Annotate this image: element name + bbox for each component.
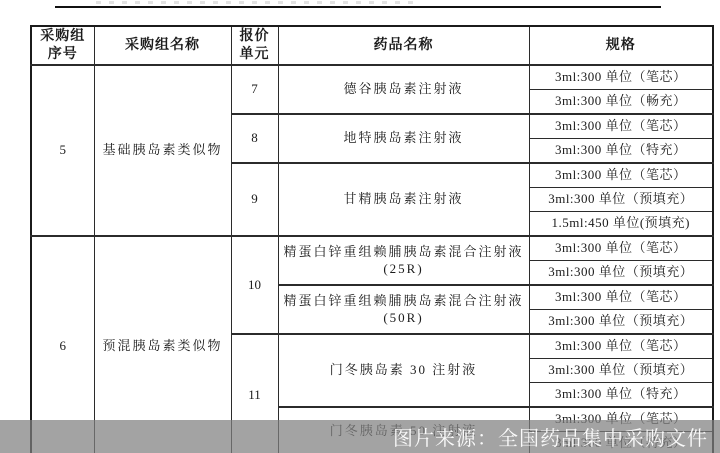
procurement-table: 采购组 序号 采购组名称 报价 单元 药品名称 规格 5 基础胰岛素类似物 7 … — [30, 25, 714, 453]
header-spec: 规格 — [529, 26, 713, 65]
image-source-watermark-bar: 图片来源：全国药品集中采购文件 — [0, 420, 720, 453]
spec-cell: 3ml:300 单位（预填充） — [529, 261, 713, 286]
drug-name-cell: 地特胰岛素注射液 — [278, 114, 529, 163]
spec-cell: 3ml:300 单位（笔芯） — [529, 65, 713, 90]
spec-cell: 3ml:300 单位（特充） — [529, 139, 713, 164]
spec-cell: 3ml:300 单位（笔芯） — [529, 285, 713, 310]
spec-cell: 3ml:300 单位（预填充） — [529, 359, 713, 383]
spec-cell: 3ml:300 单位（预填充） — [529, 310, 713, 335]
document-page: 采购组 序号 采购组名称 报价 单元 药品名称 规格 5 基础胰岛素类似物 7 … — [0, 0, 720, 453]
table-row: 5 基础胰岛素类似物 7 德谷胰岛素注射液 3ml:300 单位（笔芯） — [31, 65, 713, 90]
quote-unit-cell: 9 — [231, 163, 278, 236]
spec-cell: 3ml:300 单位（笔芯） — [529, 114, 713, 139]
table-row: 6 预混胰岛素类似物 10 精蛋白锌重组赖脯胰岛素混合注射液 (25R) 3ml… — [31, 236, 713, 261]
drug-name-cell: 德谷胰岛素注射液 — [278, 65, 529, 114]
quote-unit-cell: 7 — [231, 65, 278, 114]
drug-name-cell: 精蛋白锌重组赖脯胰岛素混合注射液 (25R) — [278, 236, 529, 285]
spec-cell: 3ml:300 单位（特充） — [529, 383, 713, 408]
quote-unit-cell: 8 — [231, 114, 278, 163]
group-no-cell: 5 — [31, 65, 94, 236]
spec-cell: 3ml:300 单位（畅充） — [529, 90, 713, 115]
header-group-no: 采购组 序号 — [31, 26, 94, 65]
group-name-cell: 基础胰岛素类似物 — [94, 65, 231, 236]
image-source-watermark-text: 图片来源：全国药品集中采购文件 — [393, 422, 708, 451]
header-quote-unit: 报价 单元 — [231, 26, 278, 65]
header-drug-name: 药品名称 — [278, 26, 529, 65]
drug-name-cell: 门冬胰岛素 30 注射液 — [278, 334, 529, 407]
spec-cell: 1.5ml:450 单位(预填充) — [529, 212, 713, 237]
drug-name-cell: 精蛋白锌重组赖脯胰岛素混合注射液 (50R) — [278, 285, 529, 334]
header-group-name: 采购组名称 — [94, 26, 231, 65]
spec-cell: 3ml:300 单位（笔芯） — [529, 334, 713, 359]
spec-cell: 3ml:300 单位（预填充） — [529, 188, 713, 212]
table-header-row: 采购组 序号 采购组名称 报价 单元 药品名称 规格 — [31, 26, 713, 65]
drug-name-cell: 甘精胰岛素注射液 — [278, 163, 529, 236]
spec-cell: 3ml:300 单位（笔芯） — [529, 163, 713, 188]
cropped-text-remnant — [96, 1, 416, 4]
quote-unit-cell: 10 — [231, 236, 278, 334]
top-horizontal-rule — [55, 6, 661, 8]
spec-cell: 3ml:300 单位（笔芯） — [529, 236, 713, 261]
